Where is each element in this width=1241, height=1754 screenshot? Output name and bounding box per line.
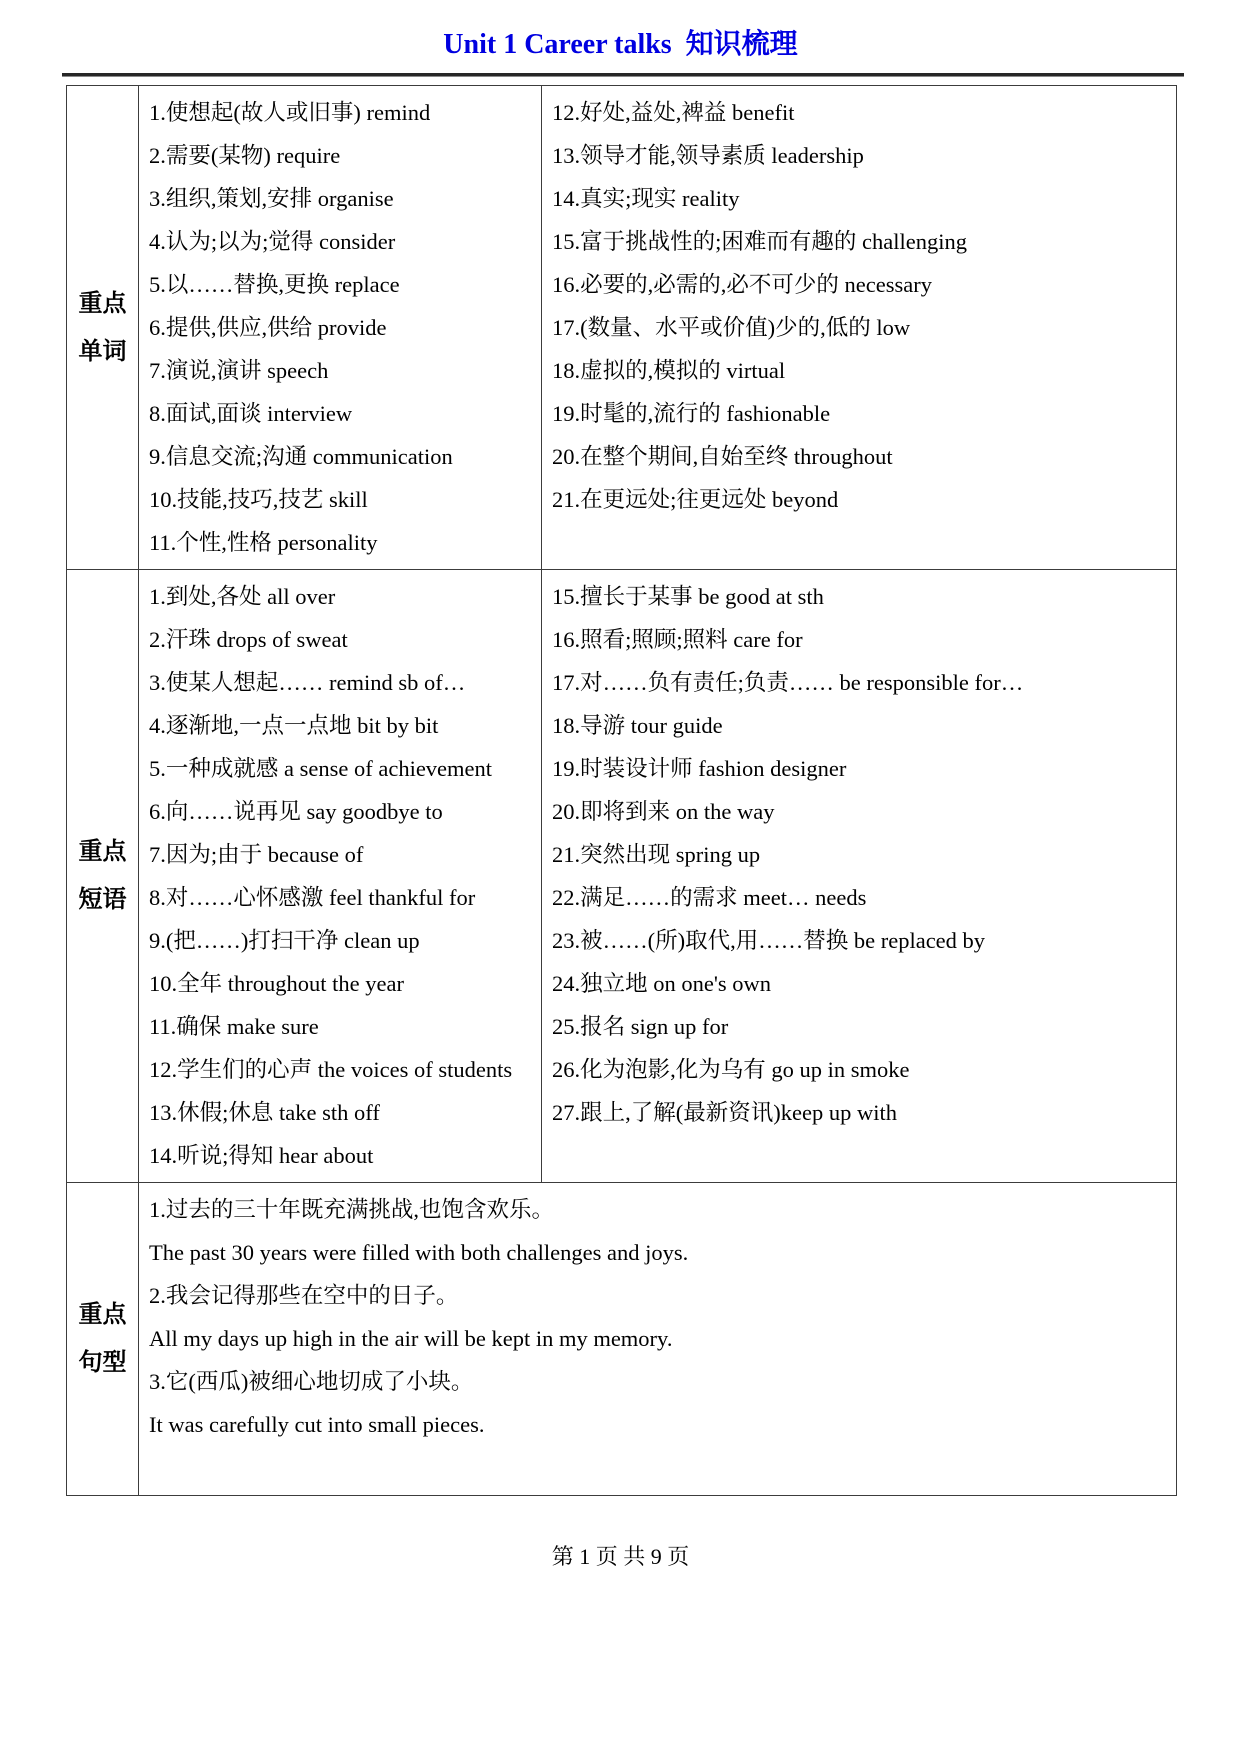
vocab-item: 8.面试,面谈 interview xyxy=(149,392,537,435)
vocab-item: 12.学生们的心声 the voices of students xyxy=(149,1048,537,1091)
vocab-item: 22.满足……的需求 meet… needs xyxy=(552,876,1172,919)
vocab-item: 14.真实;现实 reality xyxy=(552,177,1172,220)
vocab-item: 2.需要(某物) require xyxy=(149,134,537,177)
section-label: 重点句型 xyxy=(67,1183,139,1496)
vocab-item: The past 30 years were filled with both … xyxy=(149,1231,1172,1274)
document-page: Unit 1 Career talks 知识梳理 重点单词1.使想起(故人或旧事… xyxy=(0,28,1241,1571)
vocab-item: 1.使想起(故人或旧事) remind xyxy=(149,91,537,134)
vocab-item: It was carefully cut into small pieces. xyxy=(149,1403,1172,1446)
section-label-line: 句型 xyxy=(67,1339,138,1387)
vocab-item: 2.我会记得那些在空中的日子。 xyxy=(149,1274,1172,1317)
vocab-item: 21.在更远处;往更远处 beyond xyxy=(552,478,1172,521)
vocab-item: 5.以……替换,更换 replace xyxy=(149,263,537,306)
section-content: 1.使想起(故人或旧事) remind2.需要(某物) require3.组织,… xyxy=(139,86,1177,570)
vocab-item: 7.因为;由于 because of xyxy=(149,833,537,876)
vocab-item: 4.逐渐地,一点一点地 bit by bit xyxy=(149,704,537,747)
vocab-column: 1.过去的三十年既充满挑战,也饱含欢乐。The past 30 years we… xyxy=(139,1183,1176,1495)
vocab-item: 18.虚拟的,模拟的 virtual xyxy=(552,349,1172,392)
vocab-item: 1.过去的三十年既充满挑战,也饱含欢乐。 xyxy=(149,1188,1172,1231)
vocab-item: 6.提供,供应,供给 provide xyxy=(149,306,537,349)
vocab-item: 14.听说;得知 hear about xyxy=(149,1134,537,1177)
vocab-item: 3.使某人想起…… remind sb of… xyxy=(149,661,537,704)
section-columns: 1.过去的三十年既充满挑战,也饱含欢乐。The past 30 years we… xyxy=(139,1183,1176,1495)
vocab-item: 10.全年 throughout the year xyxy=(149,962,537,1005)
vocab-item: 18.导游 tour guide xyxy=(552,704,1172,747)
section-columns: 1.到处,各处 all over2.汗珠 drops of sweat3.使某人… xyxy=(139,570,1176,1182)
vocab-item: 6.向……说再见 say goodbye to xyxy=(149,790,537,833)
section-label-line: 重点 xyxy=(67,828,138,876)
vocab-item: 27.跟上,了解(最新资讯)keep up with xyxy=(552,1091,1172,1134)
vocab-item: 26.化为泡影,化为乌有 go up in smoke xyxy=(552,1048,1172,1091)
title-divider xyxy=(62,73,1184,77)
section-row: 重点句型1.过去的三十年既充满挑战,也饱含欢乐。The past 30 year… xyxy=(67,1183,1177,1496)
page-footer: 第 1 页 共 9 页 xyxy=(0,1540,1241,1571)
vocab-item: 3.组织,策划,安排 organise xyxy=(149,177,537,220)
vocab-item: 4.认为;以为;觉得 consider xyxy=(149,220,537,263)
vocab-item: 20.即将到来 on the way xyxy=(552,790,1172,833)
section-label-line: 单词 xyxy=(67,328,138,376)
vocab-item: 19.时装设计师 fashion designer xyxy=(552,747,1172,790)
vocab-item: 19.时髦的,流行的 fashionable xyxy=(552,392,1172,435)
section-content: 1.到处,各处 all over2.汗珠 drops of sweat3.使某人… xyxy=(139,570,1177,1183)
vocab-item: 17.对……负有责任;负责…… be responsible for… xyxy=(552,661,1172,704)
vocab-item: 8.对……心怀感激 feel thankful for xyxy=(149,876,537,919)
vocab-item: 24.独立地 on one's own xyxy=(552,962,1172,1005)
vocab-column: 1.使想起(故人或旧事) remind2.需要(某物) require3.组织,… xyxy=(139,86,542,569)
vocab-item: 1.到处,各处 all over xyxy=(149,575,537,618)
section-label: 重点单词 xyxy=(67,86,139,570)
vocab-item: All my days up high in the air will be k… xyxy=(149,1317,1172,1360)
vocab-item: 16.必要的,必需的,必不可少的 necessary xyxy=(552,263,1172,306)
vocab-item: 20.在整个期间,自始至终 throughout xyxy=(552,435,1172,478)
vocab-item: 21.突然出现 spring up xyxy=(552,833,1172,876)
vocab-item: 9.(把……)打扫干净 clean up xyxy=(149,919,537,962)
section-label-line: 重点 xyxy=(67,1291,138,1339)
vocab-item: 16.照看;照顾;照料 care for xyxy=(552,618,1172,661)
vocab-column: 12.好处,益处,裨益 benefit13.领导才能,领导素质 leadersh… xyxy=(542,86,1176,569)
vocab-item: 5.一种成就感 a sense of achievement xyxy=(149,747,537,790)
vocab-item: 25.报名 sign up for xyxy=(552,1005,1172,1048)
section-label-line: 短语 xyxy=(67,876,138,924)
section-label-line: 重点 xyxy=(67,280,138,328)
vocab-table: 重点单词1.使想起(故人或旧事) remind2.需要(某物) require3… xyxy=(66,85,1177,1496)
vocab-item: 10.技能,技巧,技艺 skill xyxy=(149,478,537,521)
vocab-column: 15.擅长于某事 be good at sth16.照看;照顾;照料 care … xyxy=(542,570,1176,1182)
vocab-item: 13.休假;休息 take sth off xyxy=(149,1091,537,1134)
vocab-item: 11.确保 make sure xyxy=(149,1005,537,1048)
vocab-item: 7.演说,演讲 speech xyxy=(149,349,537,392)
vocab-column: 1.到处,各处 all over2.汗珠 drops of sweat3.使某人… xyxy=(139,570,542,1182)
vocab-item: 12.好处,益处,裨益 benefit xyxy=(552,91,1172,134)
page-title: Unit 1 Career talks 知识梳理 xyxy=(0,28,1241,62)
vocab-item: 9.信息交流;沟通 communication xyxy=(149,435,537,478)
vocab-item: 23.被……(所)取代,用……替换 be replaced by xyxy=(552,919,1172,962)
section-row: 重点单词1.使想起(故人或旧事) remind2.需要(某物) require3… xyxy=(67,86,1177,570)
section-columns: 1.使想起(故人或旧事) remind2.需要(某物) require3.组织,… xyxy=(139,86,1176,569)
vocab-item: 11.个性,性格 personality xyxy=(149,521,537,564)
vocab-item: 15.富于挑战性的;困难而有趣的 challenging xyxy=(552,220,1172,263)
section-row: 重点短语1.到处,各处 all over2.汗珠 drops of sweat3… xyxy=(67,570,1177,1183)
section-label: 重点短语 xyxy=(67,570,139,1183)
vocab-item: 13.领导才能,领导素质 leadership xyxy=(552,134,1172,177)
vocab-item: 3.它(西瓜)被细心地切成了小块。 xyxy=(149,1360,1172,1403)
vocab-item: 17.(数量、水平或价值)少的,低的 low xyxy=(552,306,1172,349)
vocab-item: 15.擅长于某事 be good at sth xyxy=(552,575,1172,618)
vocab-table-body: 重点单词1.使想起(故人或旧事) remind2.需要(某物) require3… xyxy=(67,86,1177,1496)
section-content: 1.过去的三十年既充满挑战,也饱含欢乐。The past 30 years we… xyxy=(139,1183,1177,1496)
vocab-item: 2.汗珠 drops of sweat xyxy=(149,618,537,661)
